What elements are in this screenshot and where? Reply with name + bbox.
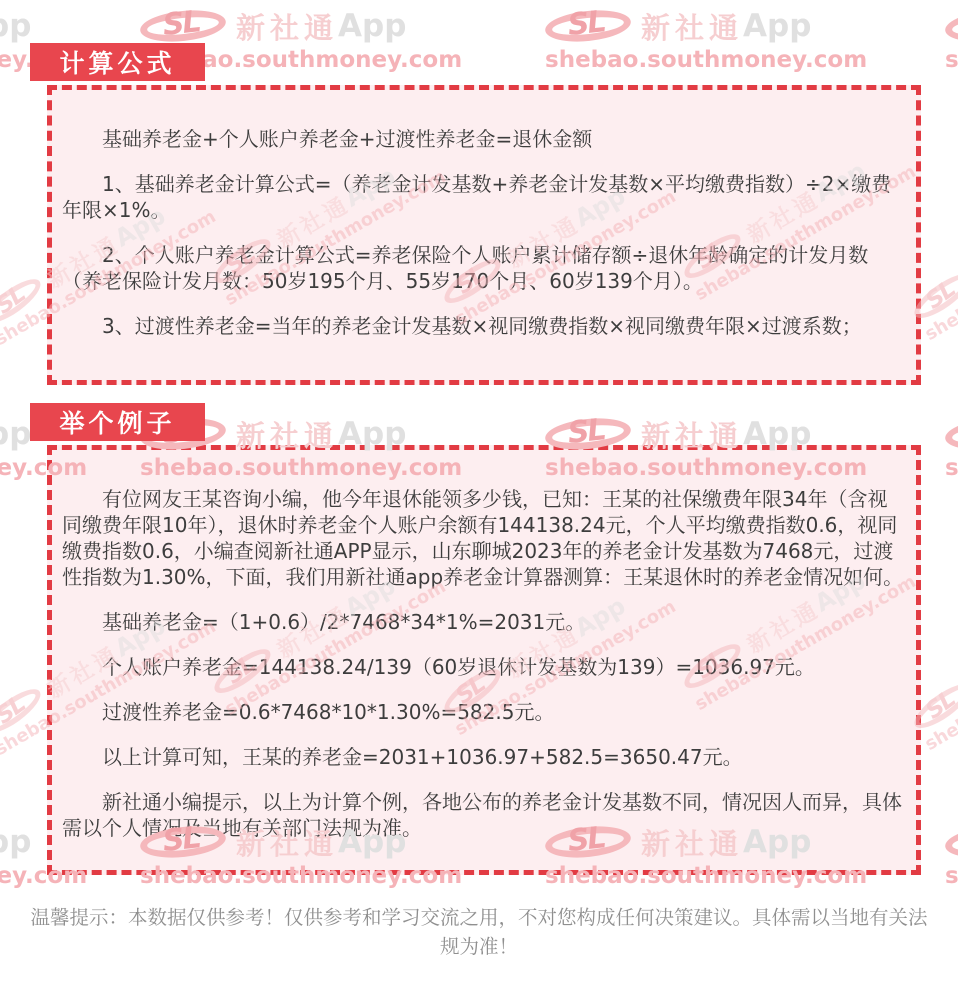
brand-name-cn: 新社通 [641, 6, 743, 47]
brand-url: shebao.southmoney.com [545, 47, 845, 73]
watermark-group: SL 新社通App shebao.southmoney.com [945, 822, 958, 889]
brand-url: shebao.southmoney.com [922, 210, 958, 345]
brand-url: shebao.southmoney.com [945, 863, 958, 889]
example-note: 新社通小编提示，以上为计算个例，各地公布的养老金计发基数不同，情况因人而异，具体… [62, 789, 906, 841]
brand-logo-glyph: SL [922, 688, 958, 724]
brand-line: SL 新社通App [140, 6, 440, 46]
brand-logo-glyph: SL [566, 415, 606, 449]
formula-summary: 基础养老金+个人账户养老金+过渡性养老金=退休金额 [62, 126, 906, 152]
example-basic-pension: 基础养老金=（1+0.6）/2*7468*34*1%=2031元。 [62, 609, 906, 635]
brand-name-suffix: App [338, 8, 406, 44]
brand-logo-glyph: SL [161, 7, 201, 41]
brand-swoosh-icon: SL [544, 7, 633, 46]
brand-name-suffix: App [0, 416, 31, 452]
example-personal-account: 个人账户养老金=144138.24/139（60岁退休计发基数为139）=103… [62, 654, 906, 680]
section-badge-label: 计算公式 [59, 44, 175, 80]
brand-logo-glyph: SL [0, 693, 29, 729]
brand-name-suffix: App [0, 8, 31, 44]
brand-url: shebao.southmoney.com [945, 455, 958, 481]
brand-line: SL 新社通App [945, 822, 958, 862]
watermark-group: SL 新社通App shebao.southmoney.com [945, 414, 958, 481]
brand-swoosh-icon: SL [944, 823, 958, 862]
brand-line: SL 新社通App [545, 6, 845, 46]
brand-logo-glyph: SL [0, 283, 29, 319]
example-panel: 有位网友王某咨询小编，他今年退休能领多少钱，已知：王某的社保缴费年限34年（含视… [47, 445, 921, 875]
formula-panel: 基础养老金+个人账户养老金+过渡性养老金=退休金额 1、基础养老金计算公式=（养… [47, 85, 921, 385]
formula-personal-account: 2、个人账户养老金计算公式=养老保险个人账户累计储存额÷退休年龄确定的计发月数（… [62, 242, 906, 294]
watermark-group: SL 新社通App shebao.southmoney.com [945, 6, 958, 73]
brand-swoosh-icon: SL [944, 415, 958, 454]
brand-name-cn: 新社通 [236, 6, 338, 47]
brand-swoosh-icon: SL [944, 7, 958, 46]
brand-url: shebao.southmoney.com [922, 620, 958, 755]
example-intro: 有位网友王某咨询小编，他今年退休能领多少钱，已知：王某的社保缴费年限34年（含视… [62, 486, 906, 590]
watermark-group: SL 新社通App shebao.southmoney.com [545, 6, 845, 73]
brand-name-suffix: App [743, 8, 811, 44]
section-badge-label: 举个例子 [59, 404, 175, 440]
brand-swoosh-icon: SL [0, 272, 46, 330]
brand-url: shebao.southmoney.com [945, 47, 958, 73]
formula-transitional: 3、过渡性养老金=当年的养老金计发基数×视同缴费指数×视同缴费年限×过渡系数； [62, 313, 906, 339]
example-total: 以上计算可知，王某的养老金=2031+1036.97+582.5=3650.47… [62, 744, 906, 770]
brand-line: SL 新社通App [945, 6, 958, 46]
brand-line: SL 新社通App [0, 6, 65, 46]
brand-name-suffix: App [0, 824, 31, 860]
brand-logo-glyph: SL [922, 278, 958, 314]
section-badge-formula: 计算公式 [30, 43, 205, 81]
brand-logo-glyph: SL [566, 7, 606, 41]
disclaimer-text: 温馨提示：本数据仅供参考！仅供参考和学习交流之用，不对您构成任何决策建议。具体需… [29, 903, 929, 961]
example-transitional: 过渡性养老金=0.6*7468*10*1.30%=582.5元。 [62, 699, 906, 725]
brand-swoosh-icon: SL [139, 7, 228, 46]
section-badge-example: 举个例子 [30, 403, 205, 441]
formula-basic-pension: 1、基础养老金计算公式=（养老金计发基数+养老金计发基数×平均缴费指数）÷2×缴… [62, 171, 906, 223]
brand-swoosh-icon: SL [0, 682, 46, 740]
brand-line: SL 新社通App [945, 414, 958, 454]
page: SL 新社通App shebao.southmoney.com SL 新社通Ap… [0, 0, 958, 989]
